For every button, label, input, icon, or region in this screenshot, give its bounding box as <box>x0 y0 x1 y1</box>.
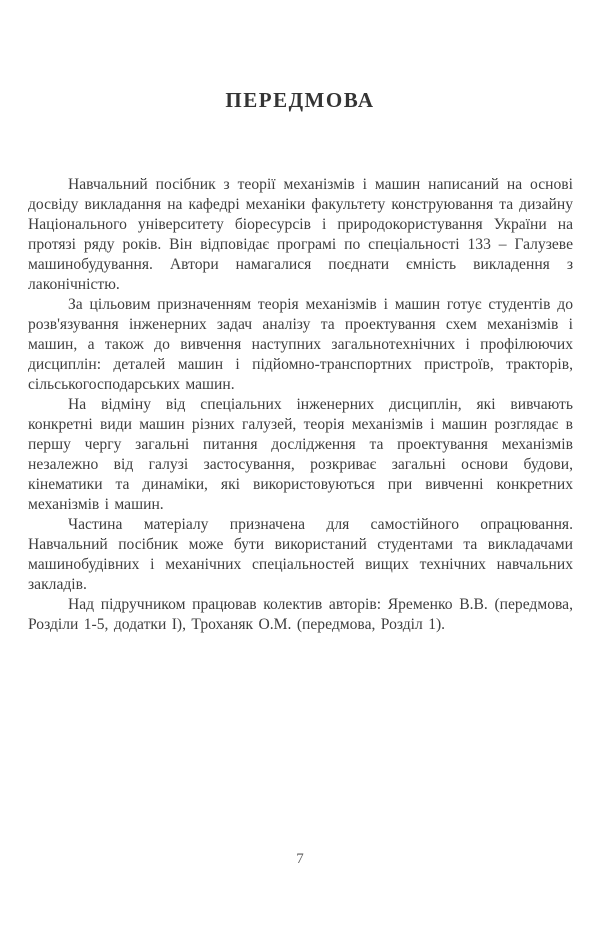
paragraph-2: За цільовим призначенням теорія механізм… <box>28 295 573 395</box>
scanned-text-area: ПЕРЕДМОВА Навчальний посібник з теорії м… <box>0 0 600 635</box>
book-page: ПЕРЕДМОВА Навчальний посібник з теорії м… <box>0 0 600 944</box>
paragraph-3: На відміну від спеціальних інженерних ди… <box>28 395 573 515</box>
paragraph-1: Навчальний посібник з теорії механізмів … <box>28 175 573 295</box>
body-text: Навчальний посібник з теорії механізмів … <box>0 113 600 635</box>
paragraph-4: Частина матеріалу призначена для самості… <box>28 515 573 595</box>
paragraph-5: Над підручником працював колектив авторі… <box>28 595 573 635</box>
page-number: 7 <box>0 851 600 868</box>
page-title: ПЕРЕДМОВА <box>0 0 600 113</box>
